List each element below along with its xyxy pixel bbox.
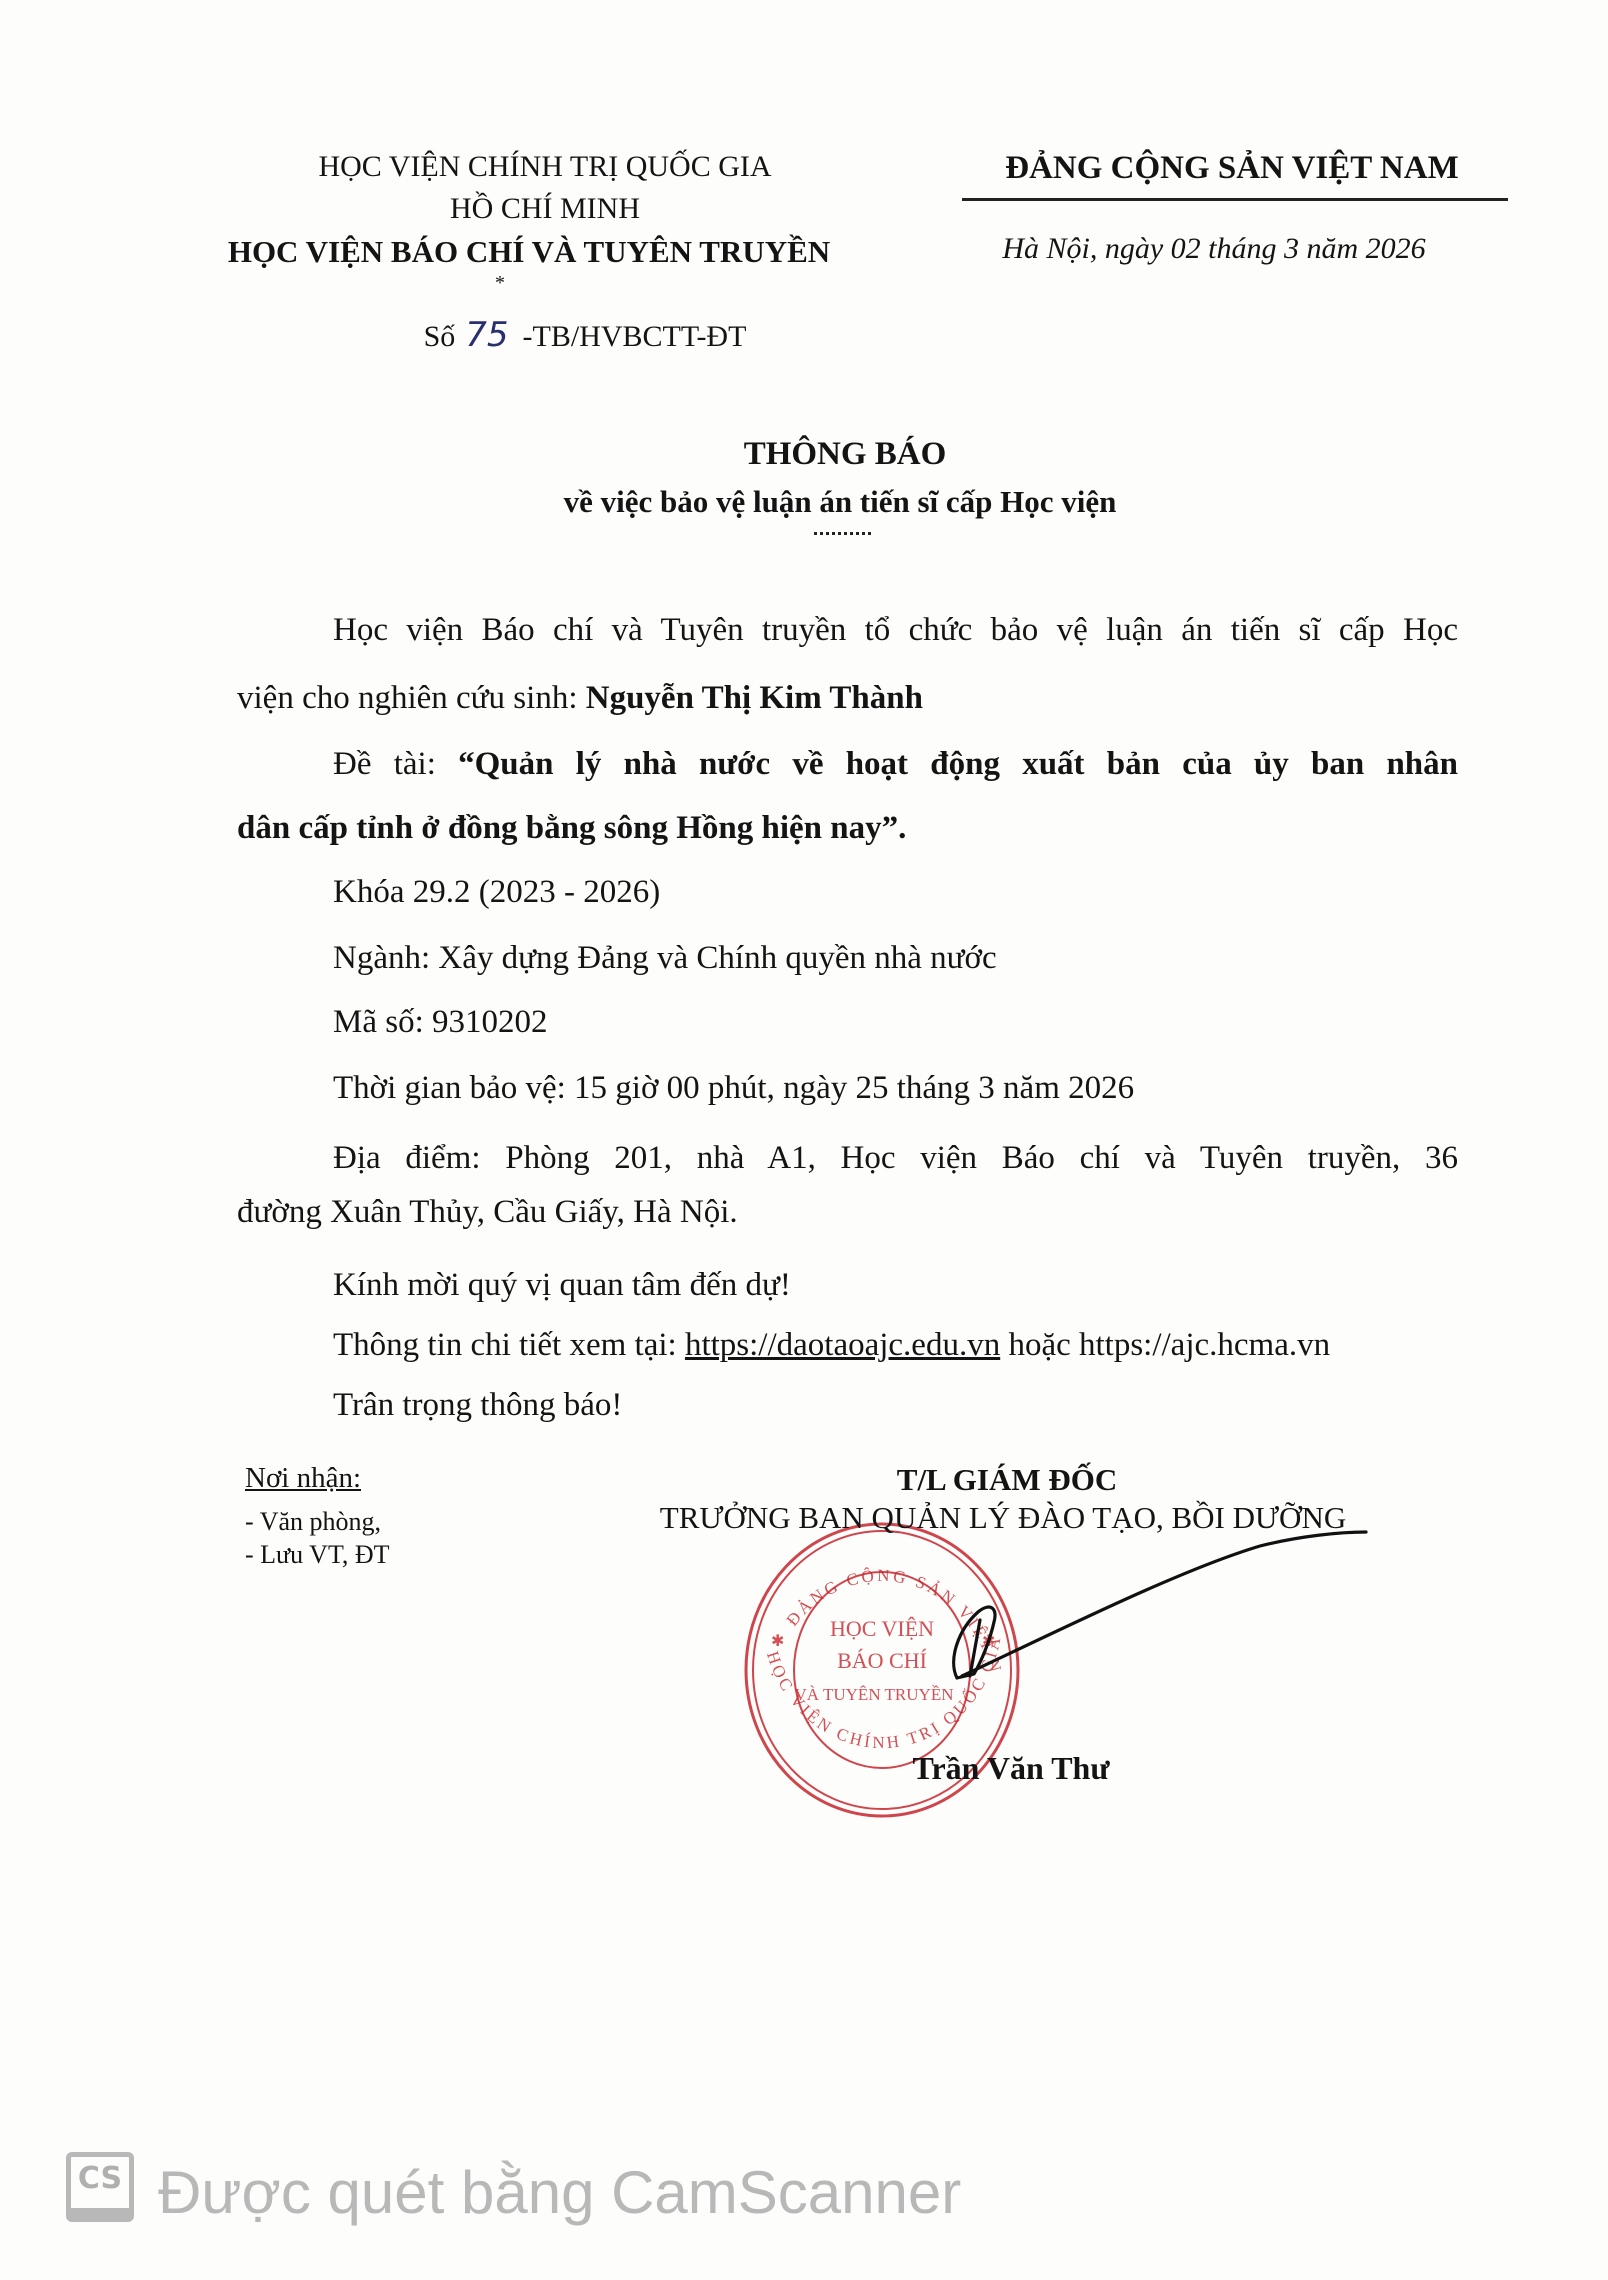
recipient-item: - Lưu VT, ĐT [245,1540,390,1570]
recipient-item: - Văn phòng, [245,1507,381,1537]
signer-department: TRƯỞNG BAN QUẢN LÝ ĐÀO TẠO, BỒI DƯỠNG [660,1500,1346,1536]
svg-text:HỌC VIỆN: HỌC VIỆN [830,1616,934,1641]
document-number: Số75-TB/HVBCTT-ĐT [424,315,747,355]
svg-text:VÀ TUYÊN TRUYỀN: VÀ TUYÊN TRUYỀN [795,1685,954,1704]
signer-role: T/L GIÁM ĐỐC [897,1462,1117,1498]
intro-line-2: viện cho nghiên cứu sinh: Nguyễn Thị Kim… [237,680,923,717]
camscanner-logo-icon: CS [66,2152,134,2222]
topic-line-1: Đề tài: “Quản lý nhà nước về hoạt động x… [333,746,1458,783]
major: Ngành: Xây dựng Đảng và Chính quyền nhà … [333,940,997,977]
info-line: Thông tin chi tiết xem tại: https://daot… [333,1327,1330,1364]
org-name: HỌC VIỆN BÁO CHÍ VÀ TUYÊN TRUYỀN [228,234,830,270]
number-suffix: -TB/HVBCTT-ĐT [523,320,747,353]
org-parent-name-line2: HỒ CHÍ MINH [450,192,640,226]
svg-text:BÁO CHÍ: BÁO CHÍ [837,1648,927,1673]
info-or: hoặc [1000,1327,1079,1363]
place-date: Hà Nội, ngày 02 tháng 3 năm 2026 [1002,232,1425,266]
info-prefix: Thông tin chi tiết xem tại: [333,1327,685,1363]
course: Khóa 29.2 (2023 - 2026) [333,874,660,911]
defense-time: Thời gian bảo vệ: 15 giờ 00 phút, ngày 2… [333,1070,1134,1107]
topic-label: Đề tài: [333,746,458,782]
camscanner-watermark: Được quét bằng CamScanner [158,2158,961,2227]
number-prefix: Số [424,320,456,353]
location-line-1: Địa điểm: Phòng 201, nhà A1, Học viện Bá… [333,1140,1458,1177]
closing: Trân trọng thông báo! [333,1387,622,1424]
major-code: Mã số: 9310202 [333,1004,548,1041]
star-icon: * [495,272,505,295]
svg-text:✱: ✱ [982,1633,995,1650]
document-title: THÔNG BÁO [744,436,947,473]
intro-prefix: viện cho nghiên cứu sinh: [237,680,586,716]
link-daotaoajc[interactable]: https://daotaoajc.edu.vn [685,1327,1000,1363]
recipients-title: Nơi nhận: [245,1462,361,1495]
org-parent-name-line1: HỌC VIỆN CHÍNH TRỊ QUỐC GIA [318,150,771,184]
svg-text:✱: ✱ [771,1633,784,1650]
location-line-2: đường Xuân Thủy, Cầu Giấy, Hà Nội. [237,1194,738,1231]
signer-name: Trần Văn Thư [912,1750,1109,1787]
document-subtitle: về việc bảo vệ luận án tiến sĩ cấp Học v… [564,484,1117,520]
title-separator [814,532,871,535]
topic-line-2: dân cấp tỉnh ở đồng bằng sông Hồng hiện … [237,810,906,847]
party-name: ĐẢNG CỘNG SẢN VIỆT NAM [1005,150,1459,187]
party-underline [962,198,1508,201]
invitation: Kính mời quý vị quan tâm đến dự! [333,1267,791,1304]
link-ajc-hcma[interactable]: https://ajc.hcma.vn [1079,1327,1330,1363]
topic-title-part1: “Quản lý nhà nước về hoạt động xuất bản … [458,746,1458,782]
intro-line-1: Học viện Báo chí và Tuyên truyền tổ chức… [333,612,1458,649]
number-handwritten: 75 [465,315,508,355]
candidate-name: Nguyễn Thị Kim Thành [586,680,923,716]
